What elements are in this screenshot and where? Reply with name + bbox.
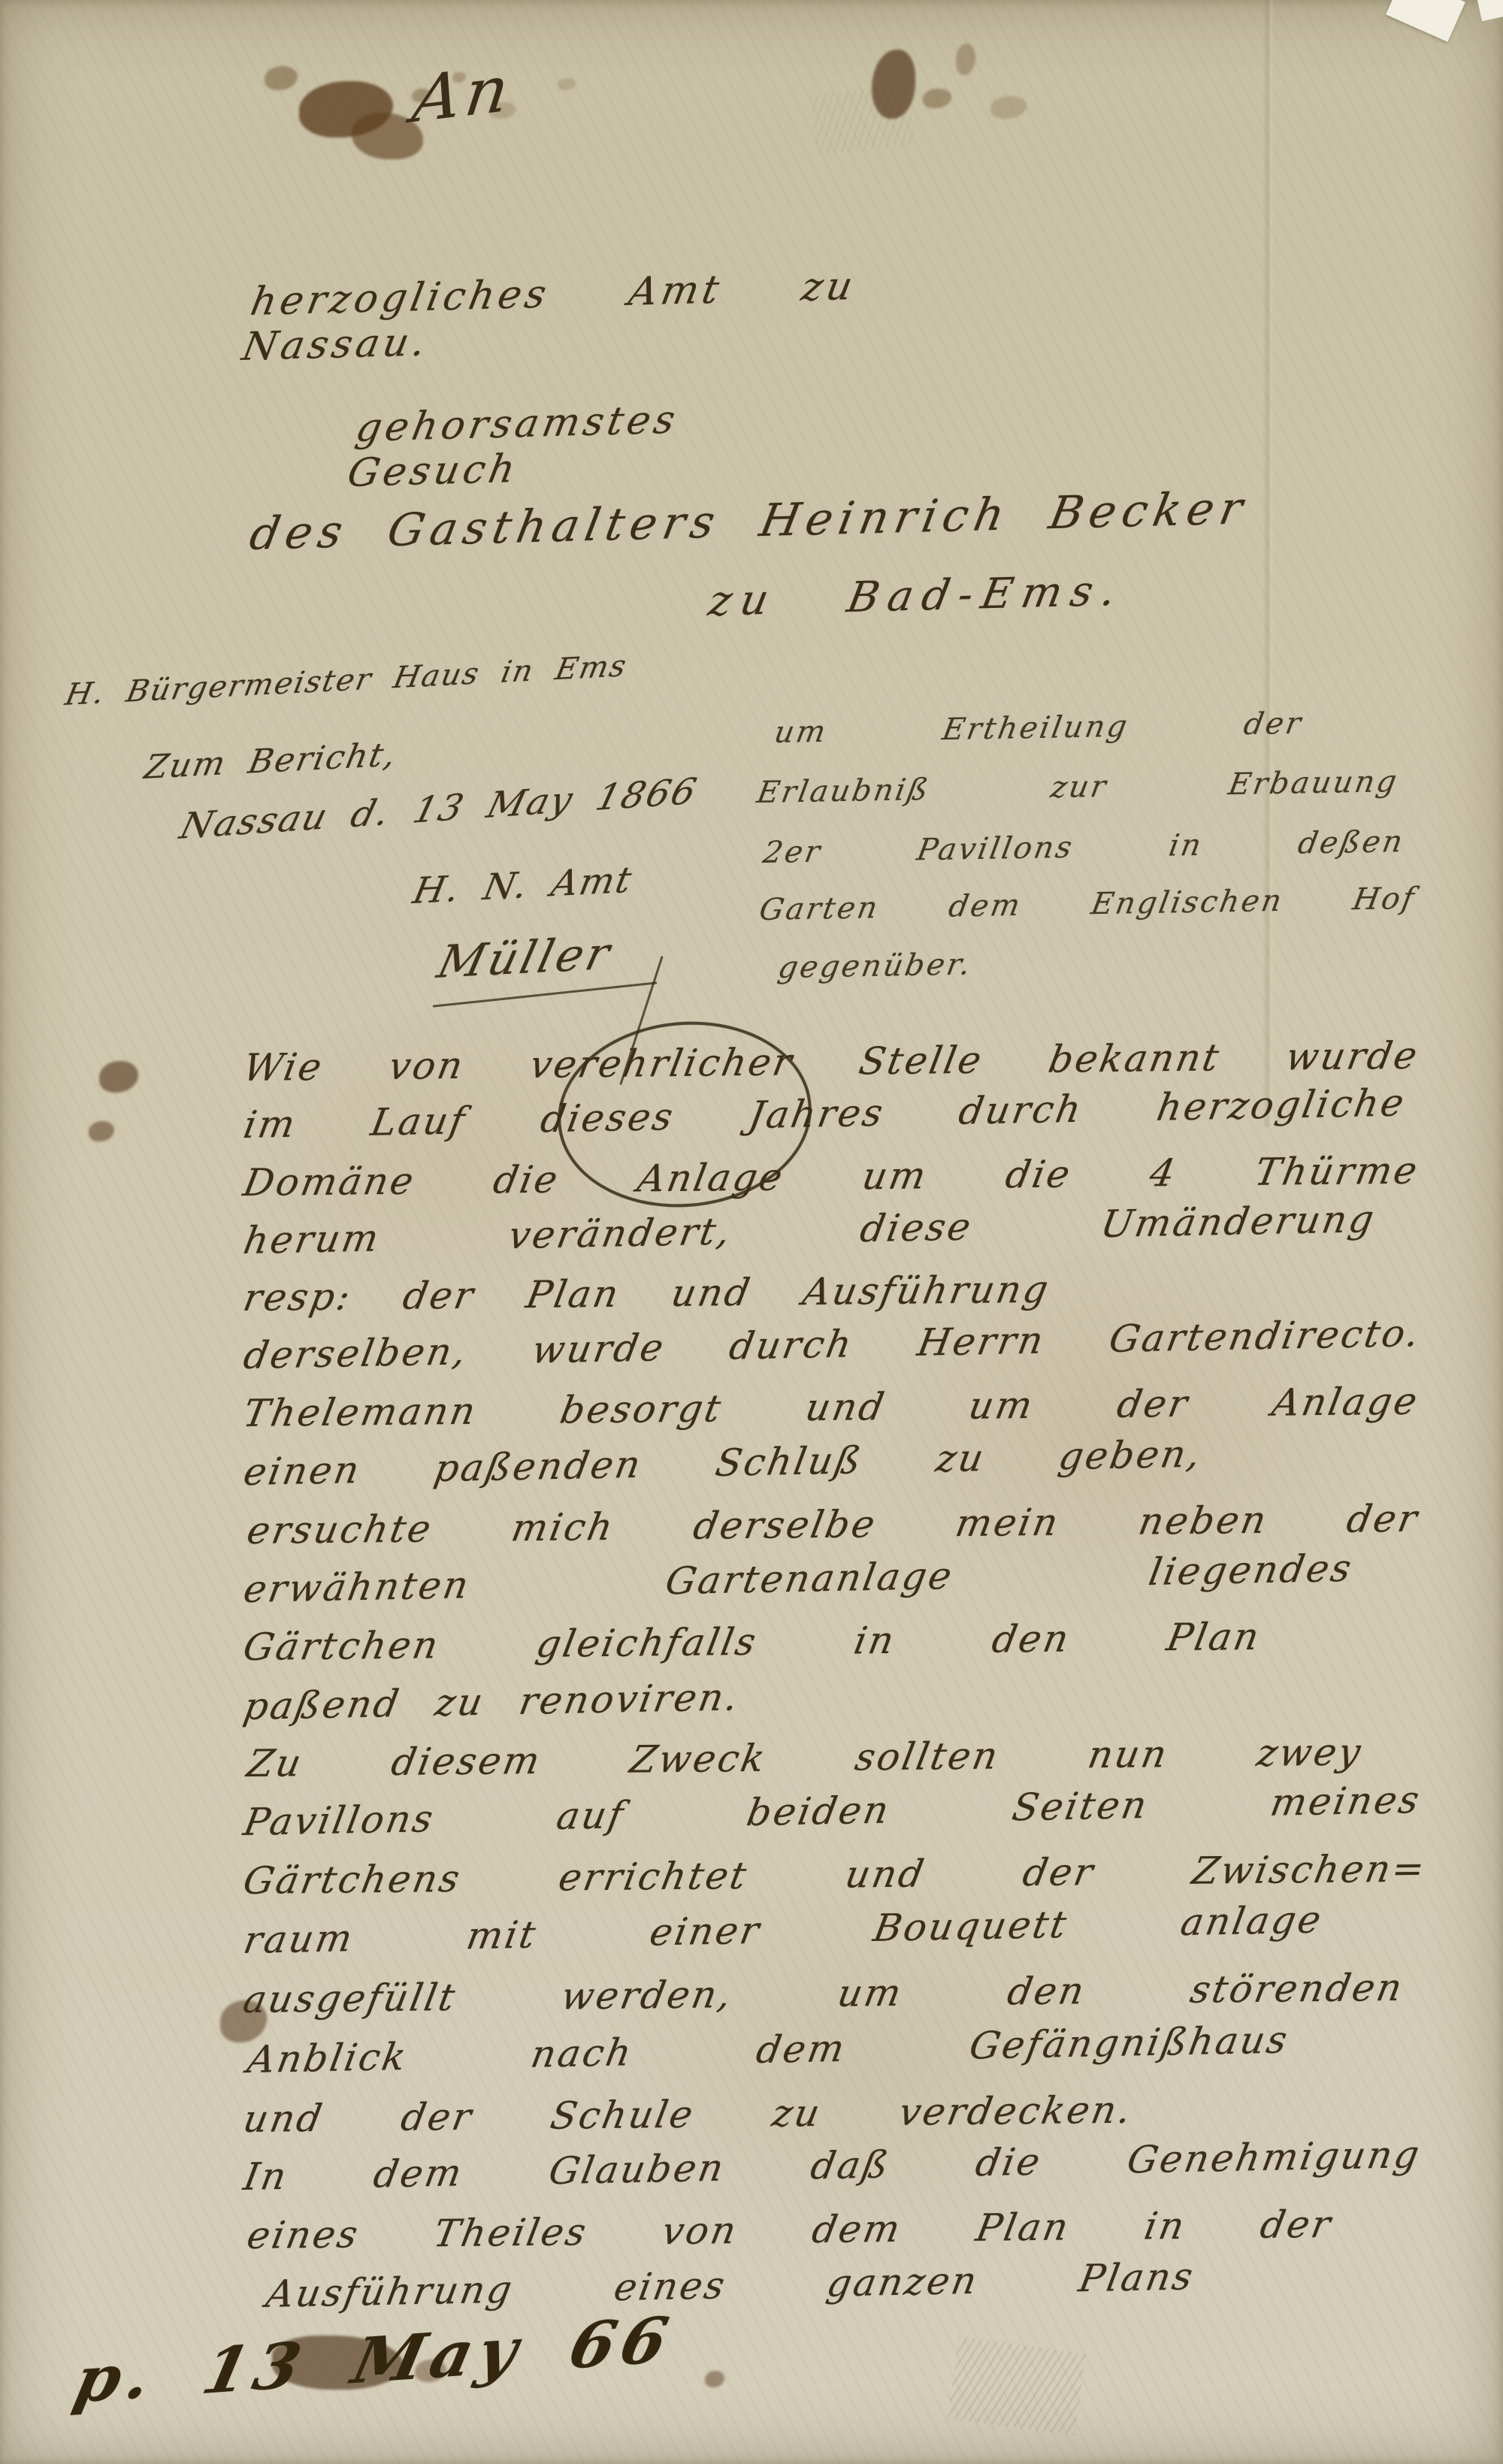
body-line: einen paßenden Schluß zu geben,: [240, 1432, 1206, 1494]
body-line: resp: der Plan und Ausführung: [240, 1268, 1054, 1320]
body-line: Zu diesem Zweck sollten nun zwey: [243, 1731, 1366, 1785]
ink-stain: [990, 96, 1027, 119]
body-line: Anblick nach dem Gefängnißhaus: [244, 2018, 1293, 2082]
ink-stain: [299, 81, 393, 138]
ink-stain: [705, 2371, 724, 2387]
ink-stain: [956, 44, 975, 75]
body-line: und der Schule zu verdecken.: [240, 2088, 1136, 2141]
recipient-line: herzogliches Amt zu Nassau.: [239, 264, 860, 370]
body-line: Gärtchen gleichfalls in den Plan: [240, 1615, 1264, 1669]
margin-note-line: H. Bürgermeister Haus in Ems: [62, 649, 631, 712]
subject-line: um Ertheilung der: [772, 706, 1305, 750]
body-line: Gärtchens errichtet und der Zwischen=: [240, 1847, 1430, 1903]
received-date-note: p. 13 May 66: [68, 2302, 681, 2417]
scanned-letter-page: An herzogliches Amt zu Nassau. gehorsams…: [0, 0, 1503, 2464]
body-line: paßend zu renoviren.: [240, 1675, 743, 1728]
underlying-page-corner: [1477, 0, 1503, 21]
body-line: herum verändert, diese Umänderung: [240, 1197, 1379, 1262]
pencil-smudge: [948, 2336, 1086, 2436]
body-line: raum mit einer Bouquett anlage: [240, 1898, 1326, 1962]
margin-note-line: Zum Bericht,: [141, 736, 401, 787]
body-line: ausgefüllt werden, um den störenden: [240, 1966, 1408, 2021]
body-line: In dem Glauben daß die Genehmigung: [240, 2133, 1425, 2199]
salutation-line: An: [408, 51, 517, 138]
underlying-page-corner: [1386, 0, 1465, 42]
registrar-signature: Müller: [433, 927, 618, 989]
ink-stain: [923, 89, 951, 108]
pencil-smudge: [810, 85, 914, 155]
ink-stain: [872, 50, 915, 119]
body-line: erwähnten Gartenanlage liegendes: [240, 1546, 1356, 1611]
body-line: im Lauf dieses Jahres durch herzogliche: [240, 1081, 1410, 1147]
subject-line: Erlaubniß zur Erbauung: [755, 764, 1402, 810]
subject-line: 2er Pavillons in deßen: [761, 824, 1408, 870]
ink-stain: [558, 78, 576, 90]
body-line: ersuchte mich derselbe mein neben der: [243, 1497, 1423, 1552]
ink-stain: [99, 1061, 138, 1093]
paper-fold-crease: [1263, 0, 1275, 1127]
subject-line: Garten dem Englischen Hof: [757, 881, 1419, 927]
margin-note-line: H. N. Amt: [410, 859, 637, 912]
margin-note-date: Nassau d. 13 May 1866: [176, 770, 702, 848]
ink-stain: [89, 1121, 114, 1141]
body-line: Pavillons auf beiden Seiten meines: [240, 1778, 1425, 1844]
place-line: zu Bad-Ems.: [705, 567, 1129, 626]
body-line: Domäne die Anlage um die 4 Thürme: [240, 1149, 1423, 1205]
subject-line: gegenüber.: [776, 948, 975, 985]
petition-type-line: gehorsamstes Gesuch: [344, 394, 822, 496]
ink-stain: [265, 66, 298, 90]
body-line: Wie von verehrlicher Stelle bekannt wurd…: [240, 1034, 1423, 1090]
body-line: derselben, wurde durch Herrn Gartendirec…: [240, 1311, 1425, 1377]
body-line: eines Theiles von dem Plan in der: [243, 2202, 1336, 2257]
body-line: Thelemann besorgt und um der Anlage: [240, 1380, 1423, 1435]
body-line: Ausführung eines ganzen Plans: [263, 2254, 1199, 2316]
